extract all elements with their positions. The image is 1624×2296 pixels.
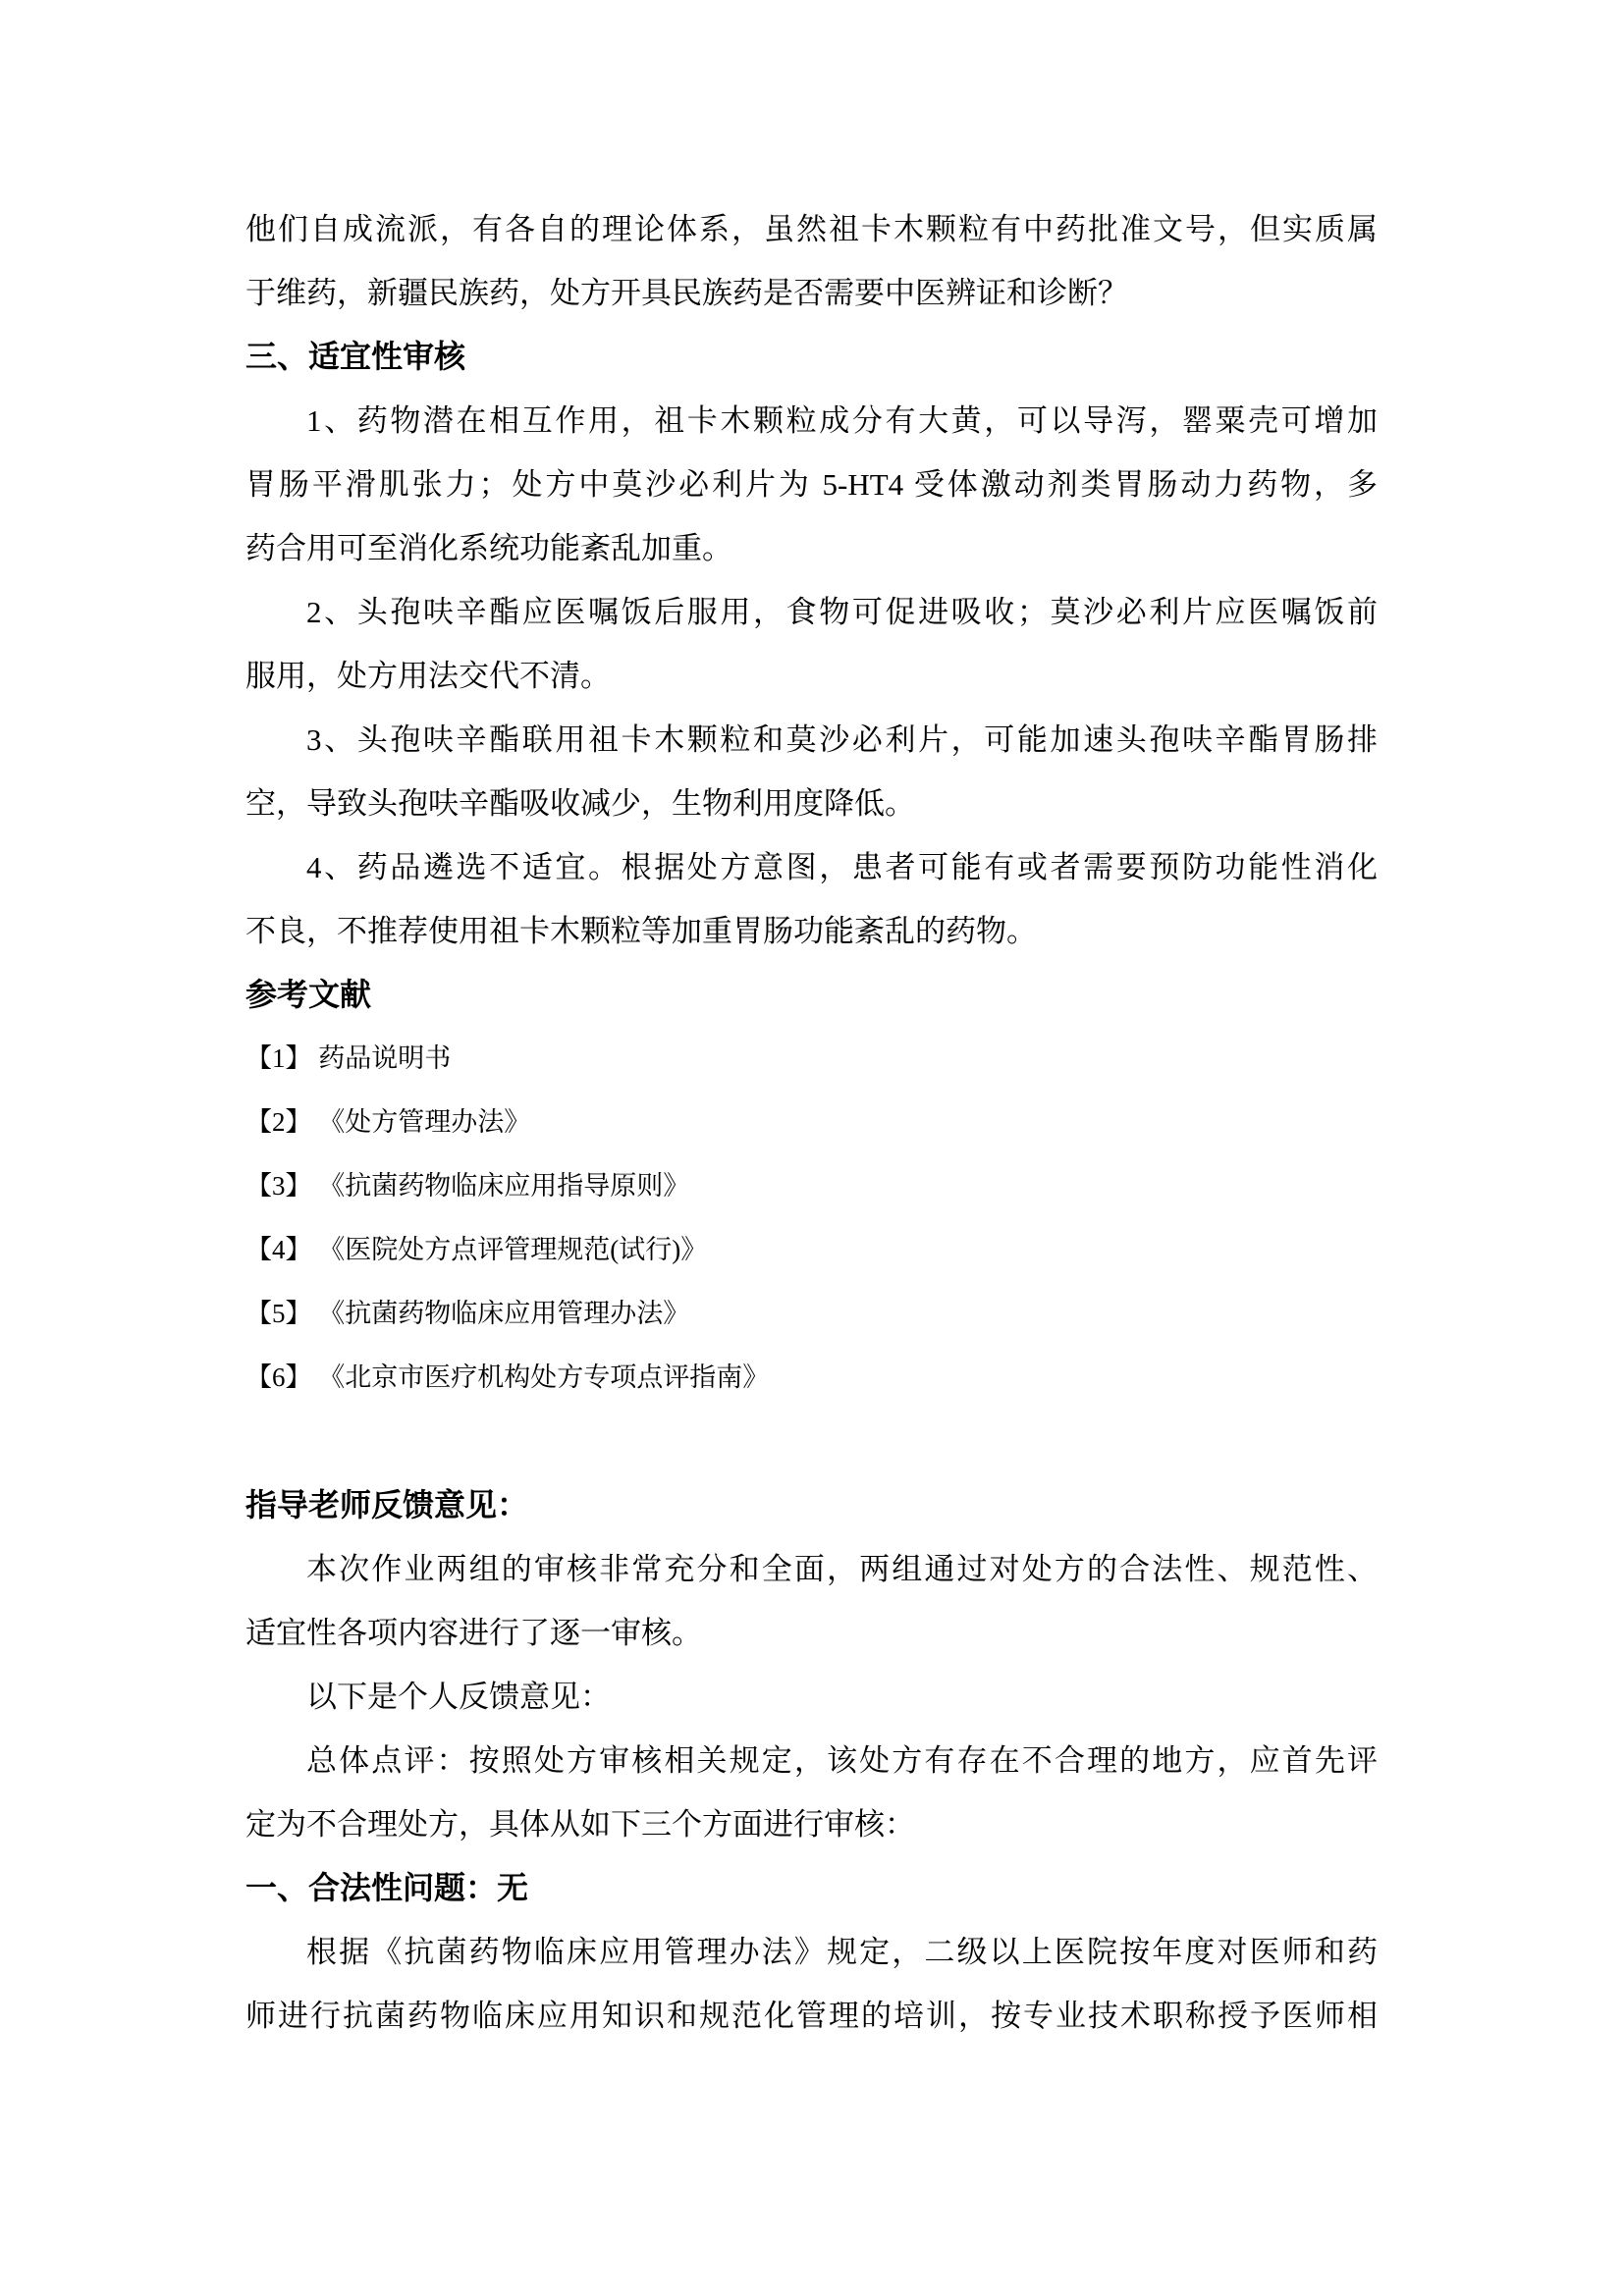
reference-item: 【2】 《处方管理办法》 [245, 1091, 1378, 1154]
paragraph-line: 于维药，新疆民族药，处方开具民族药是否需要中医辨证和诊断？ [245, 261, 1378, 325]
paragraph-line: 根据《抗菌药物临床应用管理办法》规定，二级以上医院按年度对医师和药 [245, 1920, 1378, 1984]
section-heading: 一、合法性问题：无 [245, 1856, 1378, 1920]
paragraph-line: 他们自成流派，有各自的理论体系，虽然祖卡木颗粒有中药批准文号，但实质属 [245, 197, 1378, 261]
paragraph-line: 适宜性各项内容进行了逐一审核。 [245, 1601, 1378, 1665]
document-page: 他们自成流派，有各自的理论体系，虽然祖卡木颗粒有中药批准文号，但实质属于维药，新… [0, 0, 1624, 2296]
reference-item: 【4】 《医院处方点评管理规范(试行)》 [245, 1218, 1378, 1282]
paragraph-line: 师进行抗菌药物临床应用知识和规范化管理的培训，按专业技术职称授予医师相 [245, 1984, 1378, 2048]
blank-line [245, 1410, 1378, 1473]
section-heading: 指导老师反馈意见： [245, 1473, 1378, 1537]
section-heading: 三、适宜性审核 [245, 325, 1378, 389]
paragraph-line: 服用，处方用法交代不清。 [245, 644, 1378, 708]
reference-item: 【6】 《北京市医疗机构处方专项点评指南》 [245, 1346, 1378, 1410]
document-text-column: 他们自成流派，有各自的理论体系，虽然祖卡木颗粒有中药批准文号，但实质属于维药，新… [245, 197, 1378, 2048]
reference-item: 【5】 《抗菌药物临床应用管理办法》 [245, 1282, 1378, 1346]
paragraph-line: 本次作业两组的审核非常充分和全面，两组通过对处方的合法性、规范性、 [245, 1537, 1378, 1601]
section-heading: 参考文献 [245, 963, 1378, 1027]
paragraph-line: 总体点评：按照处方审核相关规定，该处方有存在不合理的地方，应首先评 [245, 1729, 1378, 1792]
reference-item: 【1】 药品说明书 [245, 1027, 1378, 1091]
paragraph-line: 空，导致头孢呋辛酯吸收减少，生物利用度降低。 [245, 772, 1378, 835]
reference-item: 【3】 《抗菌药物临床应用指导原则》 [245, 1154, 1378, 1218]
paragraph-line: 药合用可至消化系统功能紊乱加重。 [245, 516, 1378, 580]
paragraph-line: 2、头孢呋辛酯应医嘱饭后服用，食物可促进吸收；莫沙必利片应医嘱饭前 [245, 580, 1378, 644]
paragraph-line: 胃肠平滑肌张力；处方中莫沙必利片为 5-HT4 受体激动剂类胃肠动力药物，多 [245, 453, 1378, 516]
paragraph-line: 定为不合理处方，具体从如下三个方面进行审核： [245, 1792, 1378, 1856]
paragraph-line: 4、药品遴选不适宜。根据处方意图，患者可能有或者需要预防功能性消化 [245, 835, 1378, 899]
paragraph-line: 不良，不推荐使用祖卡木颗粒等加重胃肠功能紊乱的药物。 [245, 899, 1378, 963]
paragraph-line: 1、药物潜在相互作用，祖卡木颗粒成分有大黄，可以导泻，罂粟壳可增加 [245, 389, 1378, 453]
paragraph-line: 以下是个人反馈意见： [245, 1665, 1378, 1729]
paragraph-line: 3、头孢呋辛酯联用祖卡木颗粒和莫沙必利片，可能加速头孢呋辛酯胃肠排 [245, 708, 1378, 772]
